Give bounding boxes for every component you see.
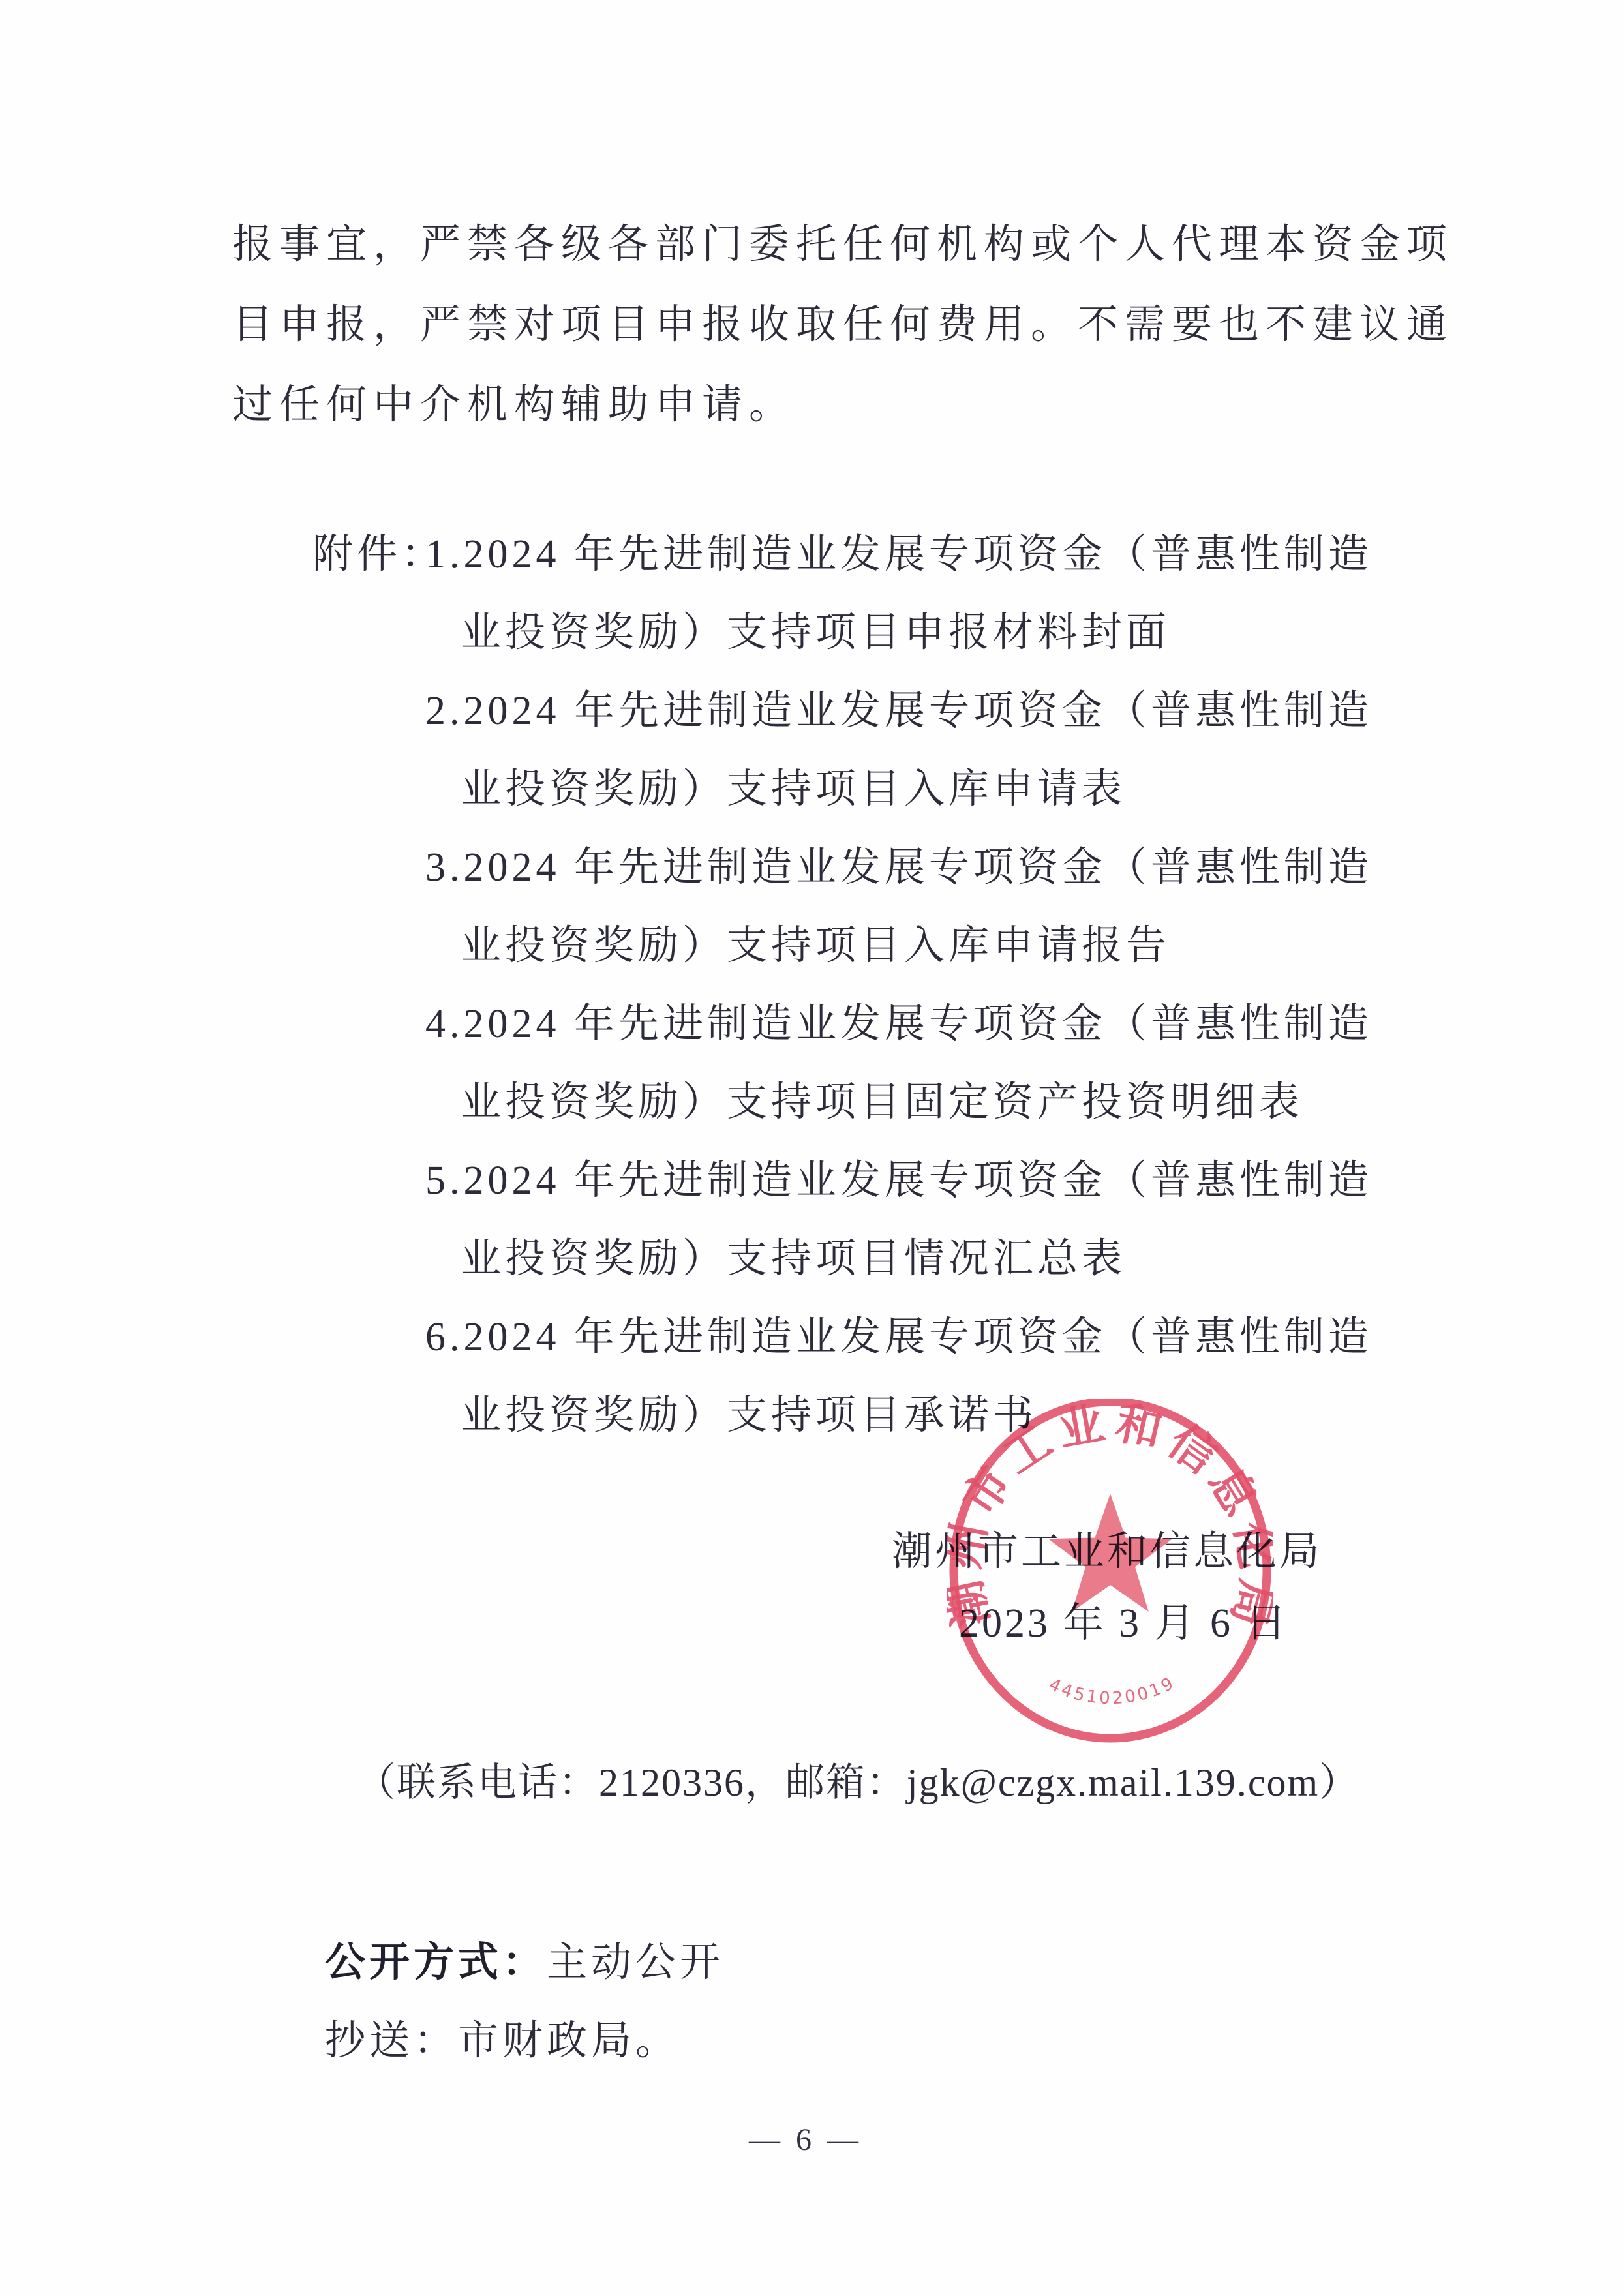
attachment-item-4-line-1: 4.2024 年先进制造业发展专项资金（普惠性制造 — [425, 1003, 1373, 1046]
page-number: — 6 — — [749, 2119, 862, 2162]
publicity-line: 公开方式：主动公开 — [325, 1941, 724, 1984]
attachment-item-5-line-2: 业投资奖励）支持项目情况汇总表 — [461, 1237, 1126, 1280]
publicity-value: 主动公开 — [547, 1941, 724, 1985]
paragraph-line-1: 报事宜，严禁各级各部门委托任何机构或个人代理本资金项 — [232, 223, 1453, 266]
attachment-item-3-line-2: 业投资奖励）支持项目入库申请报告 — [461, 924, 1170, 967]
cc-value: 市财政局。 — [458, 2019, 680, 2063]
cc-label: 抄送： — [325, 2019, 458, 2063]
attachment-item-5-line-1: 5.2024 年先进制造业发展专项资金（普惠性制造 — [425, 1159, 1373, 1202]
attachment-item-6-line-1: 6.2024 年先进制造业发展专项资金（普惠性制造 — [425, 1316, 1373, 1359]
attachment-item-2-line-2: 业投资奖励）支持项目入库申请表 — [461, 768, 1126, 811]
attachment-item-4-line-2: 业投资奖励）支持项目固定资产投资明细表 — [461, 1081, 1303, 1124]
document-page-background: 报事宜，严禁各级各部门委托任何机构或个人代理本资金项 目申报，严禁对项目申报收取… — [0, 0, 1623, 2296]
attachment-item-3-line-1: 3.2024 年先进制造业发展专项资金（普惠性制造 — [425, 846, 1373, 889]
seal-star — [1048, 1494, 1172, 1612]
attachment-item-2-line-1: 2.2024 年先进制造业发展专项资金（普惠性制造 — [425, 689, 1373, 733]
cc-line: 抄送：市财政局。 — [325, 2019, 680, 2062]
official-seal-stamp: 潮州市工业和信息化局 4451020019715 — [947, 1399, 1273, 1750]
contact-info-line: （联系电话：2120336，邮箱：jgk@czgx.mail.139.com） — [356, 1761, 1359, 1804]
publicity-label: 公开方式： — [325, 1940, 547, 1985]
paragraph-line-2: 目申报，严禁对项目申报收取任何费用。不需要也不建议通 — [232, 303, 1453, 346]
scanned-document-page: { "paragraph": { "lines": [ "报事宜，严禁各级各部门… — [0, 0, 1623, 2296]
attachment-item-1-line-1: 1.2024 年先进制造业发展专项资金（普惠性制造 — [425, 533, 1373, 576]
paragraph-line-3: 过任何中介机构辅助申请。 — [232, 384, 796, 427]
attachment-item-1-line-2: 业投资奖励）支持项目申报材料封面 — [461, 611, 1170, 654]
